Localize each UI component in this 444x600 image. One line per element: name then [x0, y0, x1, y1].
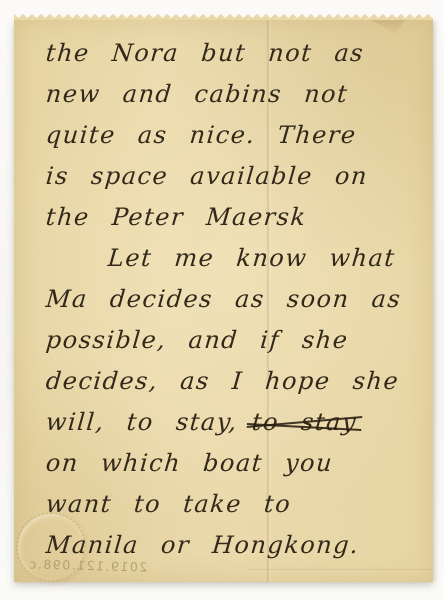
accession-number-bleedthrough: 2019.121.098.c [28, 556, 148, 574]
handwritten-line: want to take to [46, 483, 427, 524]
handwritten-line: will, to stay, to stay [46, 401, 427, 442]
horizontal-fold-crease [249, 569, 433, 572]
handwritten-line-paragraph-start: Let me know what [46, 237, 427, 278]
handwritten-line: quite as nice. There [46, 114, 427, 155]
letter-paper: the Nora but not as new and cabins not q… [14, 20, 433, 582]
handwritten-line: is space available on [46, 155, 427, 196]
handwritten-line: the Nora but not as [46, 32, 427, 73]
handwritten-line: the Peter Maersk [46, 196, 427, 237]
handwritten-line: Ma decides as soon as [46, 278, 427, 319]
handwritten-line: new and cabins not [46, 73, 427, 114]
letter-text: the Nora but not as new and cabins not q… [46, 32, 427, 565]
handwritten-line: possible, and if she [46, 319, 427, 360]
struck-out-text: to stay [251, 408, 359, 436]
handwritten-line: on which boat you [46, 442, 427, 483]
scanned-letter-background: the Nora but not as new and cabins not q… [0, 0, 444, 600]
handwritten-line: decides, as I hope she [46, 360, 427, 401]
